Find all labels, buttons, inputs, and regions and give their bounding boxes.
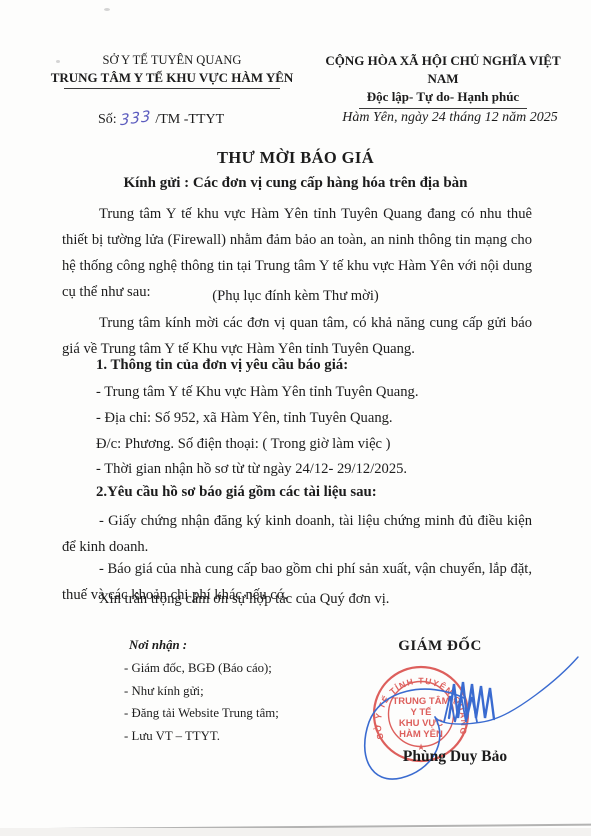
issuing-agency-block: SỞ Y TẾ TUYÊN QUANG TRUNG TÂM Y TẾ KHU V… bbox=[38, 52, 306, 89]
signer-name: Phùng Duy Bảo bbox=[370, 748, 540, 766]
place-and-date: Hàm Yên, ngày 24 tháng 12 năm 2025 bbox=[330, 110, 570, 126]
section-1-heading: 1. Thông tin của đơn vị yêu cầu báo giá: bbox=[96, 357, 536, 374]
doc-number-handwritten: 333 bbox=[120, 107, 151, 130]
motto-underline bbox=[359, 107, 527, 109]
stamp-center-line3: KHU VỰC bbox=[399, 718, 443, 729]
org-name-underline bbox=[64, 87, 280, 89]
recipients-label: Nơi nhận : bbox=[129, 638, 187, 653]
doc-number-prefix: Số: bbox=[98, 112, 117, 127]
national-header-block: CỘNG HÒA XÃ HỘI CHỦ NGHĨA VIỆT NAM Độc l… bbox=[312, 52, 574, 109]
section-2-heading: 2.Yêu cầu hồ sơ báo giá gồm các tài liệu… bbox=[96, 484, 536, 501]
scan-bottom-shade bbox=[0, 828, 591, 836]
scan-speck bbox=[104, 8, 110, 11]
section-1-item: - Thời gian nhận hồ sơ từ từ ngày 24/12-… bbox=[96, 461, 536, 478]
official-stamp-icon: SỞ Y TẾ TỈNH TUYÊN QUANG ★ TRUNG TÂM Y T… bbox=[372, 667, 469, 761]
stamp-rim-text: SỞ Y TẾ TỈNH TUYÊN QUANG bbox=[372, 676, 469, 741]
stamp-center-line4: HÀM YÊN bbox=[399, 728, 443, 740]
document-title: THƯ MỜI BÁO GIÁ bbox=[0, 148, 591, 168]
parent-agency-name: SỞ Y TẾ TUYÊN QUANG bbox=[38, 52, 306, 69]
salutation-line: Kính gửi : Các đơn vị cung cấp hàng hóa … bbox=[0, 175, 591, 192]
recipient-item: - Như kính gửi; bbox=[124, 684, 204, 699]
closing-line: Xin trân trọng cảm ơn sự hợp tác của Quý… bbox=[99, 591, 539, 608]
stamp-center-line1: TRUNG TÂM bbox=[393, 695, 450, 707]
scanned-document-page: SỞ Y TẾ TUYÊN QUANG TRUNG TÂM Y TẾ KHU V… bbox=[0, 0, 591, 836]
svg-text:SỞ Y TẾ TỈNH TUYÊN QUANG: SỞ Y TẾ TỈNH TUYÊN QUANG bbox=[372, 676, 469, 741]
section-2-item: - Giấy chứng nhận đăng ký kinh doanh, tà… bbox=[62, 508, 532, 560]
paragraph-invitation: Trung tâm kính mời các đơn vị quan tâm, … bbox=[62, 310, 532, 362]
national-motto-line1: CỘNG HÒA XÃ HỘI CHỦ NGHĨA VIỆT NAM bbox=[312, 52, 574, 88]
stamp-center-line2: Y TẾ bbox=[411, 707, 432, 718]
recipient-item: - Đăng tải Website Trung tâm; bbox=[124, 706, 279, 721]
doc-number-suffix: /TM -TTYT bbox=[155, 112, 224, 127]
attachment-note: (Phụ lục đính kèm Thư mời) bbox=[0, 288, 591, 305]
section-1-item: Đ/c: Phương. Số điện thoại: ( Trong giờ … bbox=[96, 436, 536, 453]
national-motto-line2: Độc lập- Tự do- Hạnh phúc bbox=[312, 88, 574, 106]
scan-speck bbox=[56, 60, 60, 63]
recipient-item: - Lưu VT – TTYT. bbox=[124, 729, 220, 744]
recipient-item: - Giám đốc, BGĐ (Báo cáo); bbox=[124, 661, 272, 676]
section-1-item: - Trung tâm Y tế Khu vực Hàm Yên tỉnh Tu… bbox=[96, 384, 536, 401]
section-1-item: - Địa chỉ: Số 952, xã Hàm Yên, tỉnh Tuyê… bbox=[96, 410, 536, 427]
org-name: TRUNG TÂM Y TẾ KHU VỰC HÀM YÊN bbox=[38, 69, 306, 86]
document-number: Số: 333 /TM -TTYT bbox=[98, 109, 258, 128]
signer-title: GIÁM ĐỐC bbox=[360, 638, 520, 655]
